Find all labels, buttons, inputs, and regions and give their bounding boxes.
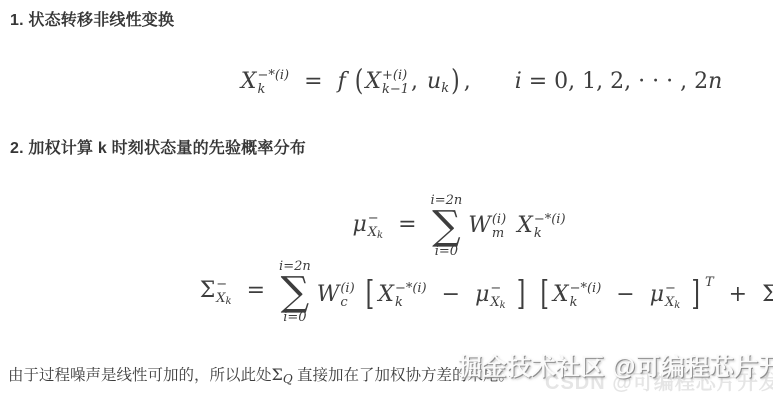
chi-symbol: X: [378, 282, 394, 307]
mu-symbol: μ: [352, 212, 366, 237]
equation-state-transition: X−*(i)k = f (X+(i)k−1, uk), i = 0, 1, 2,…: [0, 48, 773, 118]
chi-symbol: X: [517, 213, 533, 238]
equation-prior-mean: μ−Xk = i=2n ∑ i=0 W(i)m X−*(i)k: [0, 192, 773, 262]
covariance-lhs: Σ−Xk =: [200, 278, 273, 308]
weight-scripts: (i)c: [340, 282, 354, 310]
chi-scripts: +(i)k−1: [382, 69, 409, 97]
summation-symbol: ∑: [279, 275, 311, 310]
mu-symbol: μ: [650, 282, 664, 307]
summation: i=2n ∑ i=0: [431, 194, 463, 259]
weight-subscript: c: [340, 296, 354, 310]
minus-sign: −: [442, 282, 460, 307]
mu-superscript: −: [665, 282, 680, 296]
sigma-symbol: Σ: [200, 278, 216, 303]
chi-subscript: k: [570, 296, 602, 310]
mu-superscript: −: [368, 212, 383, 226]
bracket-close: ]: [691, 275, 700, 314]
plus-sign: +: [729, 282, 747, 307]
mu-symbol: μ: [475, 282, 489, 307]
mu-scripts: −Xk: [665, 282, 680, 312]
footnote-text-before: 由于过程噪声是线性可加的，所以此处: [8, 367, 272, 384]
summation-symbol: ∑: [431, 209, 463, 244]
chi-superscript: −*(i): [395, 282, 427, 296]
equation-prior-covariance: Σ−Xk = i=2n ∑ i=0 W(i)c [X−*(i)k − μ−Xk …: [0, 258, 773, 328]
equals-sign: =: [304, 69, 322, 94]
comma: ,: [464, 69, 471, 94]
weight-superscript: (i): [492, 213, 506, 227]
comma: ,: [411, 69, 418, 94]
chi-symbol: X: [553, 282, 569, 307]
chi-subscript: k: [257, 83, 289, 97]
chi-superscript: −*(i): [570, 282, 602, 296]
equals-sign: =: [398, 212, 416, 237]
index-variable: i: [515, 69, 522, 94]
mu-scripts: −Xk: [368, 212, 383, 242]
right-paren: ): [451, 65, 460, 98]
index-range: = 0, 1, 2, · · · , 2: [522, 69, 708, 94]
mu-subscript: Xk: [665, 296, 680, 312]
chi-scripts: −*(i)k: [257, 69, 289, 97]
mu-subscript: Xk: [368, 226, 383, 242]
sigma-superscript: −: [216, 278, 231, 292]
chi-scripts: −*(i)k: [570, 282, 602, 310]
mean-lhs: μ−Xk =: [352, 212, 424, 242]
bracket-open: [: [366, 275, 375, 314]
chi-superscript: −*(i): [257, 69, 289, 83]
chi-scripts: −*(i)k: [395, 282, 427, 310]
bracket-open: [: [540, 275, 549, 314]
index-n: n: [708, 69, 722, 94]
minus-sign: −: [616, 282, 634, 307]
weight-scripts: (i)m: [492, 213, 506, 241]
chi-scripts: −*(i)k: [534, 213, 566, 241]
transpose-superscript: T: [705, 275, 714, 290]
footnote-paragraph: 由于过程噪声是线性可加的，所以此处ΣQ 直接加在了加权协方差的末尾。: [8, 364, 514, 388]
chi-subscript: k: [395, 296, 427, 310]
chi-subscript: k: [534, 227, 566, 241]
chi-symbol: X: [365, 69, 381, 94]
bracket-close: ]: [517, 275, 526, 314]
input-symbol: u: [427, 69, 441, 94]
process-noise-symbol: ΣQ: [272, 365, 293, 384]
weight-symbol: W: [468, 213, 491, 238]
mu-scripts: −Xk: [490, 282, 505, 312]
sigma-symbol: Σ: [762, 282, 773, 307]
left-paren: (: [355, 65, 364, 98]
weight-symbol: W: [317, 282, 340, 307]
chi-superscript: −*(i): [534, 213, 566, 227]
weight-subscript: m: [492, 227, 506, 241]
covariance-rhs: W(i)c [X−*(i)k − μ−Xk ] [X−*(i)k − μ−Xk …: [317, 275, 773, 312]
mu-superscript: −: [490, 282, 505, 296]
chi-superscript: +(i): [382, 69, 409, 83]
transition-function-symbol: f: [338, 69, 346, 94]
summation: i=2n ∑ i=0: [279, 260, 311, 325]
input-subscript: k: [441, 81, 449, 96]
article-page: 1. 状态转移非线性变换 X−*(i)k = f (X+(i)k−1, uk),…: [0, 0, 773, 397]
weight-superscript: (i): [340, 282, 354, 296]
equals-sign: =: [247, 278, 265, 303]
chi-symbol: X: [241, 69, 257, 94]
juejin-watermark: 掘金技术社区 @可编程芯片开发: [458, 353, 773, 383]
equation-1-body: X−*(i)k = f (X+(i)k−1, uk), i = 0, 1, 2,…: [241, 69, 722, 97]
sigma-subscript: Xk: [216, 292, 231, 308]
sigma-scripts: −Xk: [216, 278, 231, 308]
section-heading-2: 2. 加权计算 k 时刻状态量的先验概率分布: [10, 139, 306, 159]
chi-subscript: k−1: [382, 83, 409, 97]
section-heading-1: 1. 状态转移非线性变换: [10, 11, 174, 31]
summation-lower-limit: i=0: [279, 311, 311, 326]
mean-rhs: W(i)m X−*(i)k: [468, 213, 565, 241]
mu-subscript: Xk: [490, 296, 505, 312]
